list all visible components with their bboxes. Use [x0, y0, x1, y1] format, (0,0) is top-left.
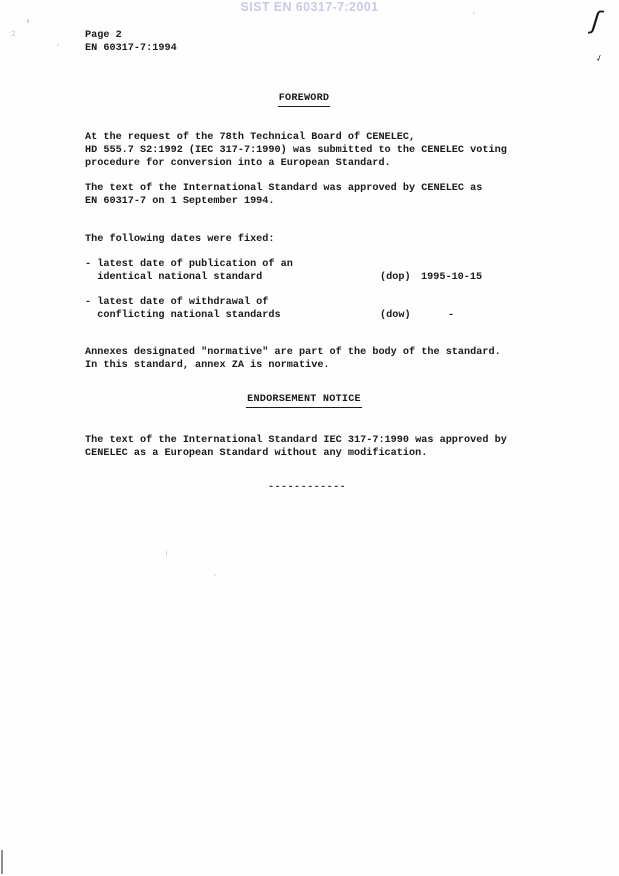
date-value-dow: - [448, 309, 454, 322]
date-value-dop: 1995-10-15 [421, 271, 482, 284]
dates-intro: The following dates were fixed: [85, 233, 275, 246]
scan-speck [214, 574, 216, 576]
handwritten-squiggle-mark: ʃ [591, 14, 601, 28]
page-number-label: Page 2 [85, 29, 177, 42]
endorsement-title: ENDORSEMENT NOTICE [246, 393, 362, 408]
foreword-title: FOREWORD [278, 92, 331, 107]
scanned-document-page: SIST EN 60317-7:2001 ʃ ✓ :2 Page 2 EN 60… [0, 0, 619, 876]
scan-speck [27, 19, 29, 23]
paragraph-endorsement: The text of the International Standard I… [85, 434, 507, 460]
date-row-dop: - latest date of publication of an ident… [85, 258, 293, 284]
end-separator-dashes: ------------ [268, 481, 346, 494]
foreword-heading-row: FOREWORD [0, 92, 608, 107]
scan-speck [166, 551, 167, 556]
date-code-dop: (dop) [380, 271, 411, 284]
date-code-dow: (dow) [380, 309, 411, 322]
page-header: Page 2 EN 60317-7:1994 [85, 29, 177, 55]
date-row-dow: - latest date of withdrawal of conflicti… [85, 296, 281, 322]
scan-artifact-text: :2 [9, 31, 17, 39]
date-description: - latest date of withdrawal of conflicti… [85, 296, 281, 322]
handwritten-tick-mark: ✓ [594, 52, 605, 67]
date-description: - latest date of publication of an ident… [85, 258, 293, 284]
paragraph-annexes: Annexes designated "normative" are part … [85, 346, 501, 372]
paragraph-approval: The text of the International Standard w… [85, 182, 482, 208]
scan-speck [57, 44, 59, 46]
scan-edge-artifact [1, 850, 3, 874]
paragraph-request: At the request of the 78th Technical Boa… [85, 131, 507, 170]
standard-reference: EN 60317-7:1994 [85, 42, 177, 55]
scan-speck [473, 12, 475, 14]
endorsement-heading-row: ENDORSEMENT NOTICE [0, 393, 608, 408]
watermark-text: SIST EN 60317-7:2001 [0, 1, 619, 14]
